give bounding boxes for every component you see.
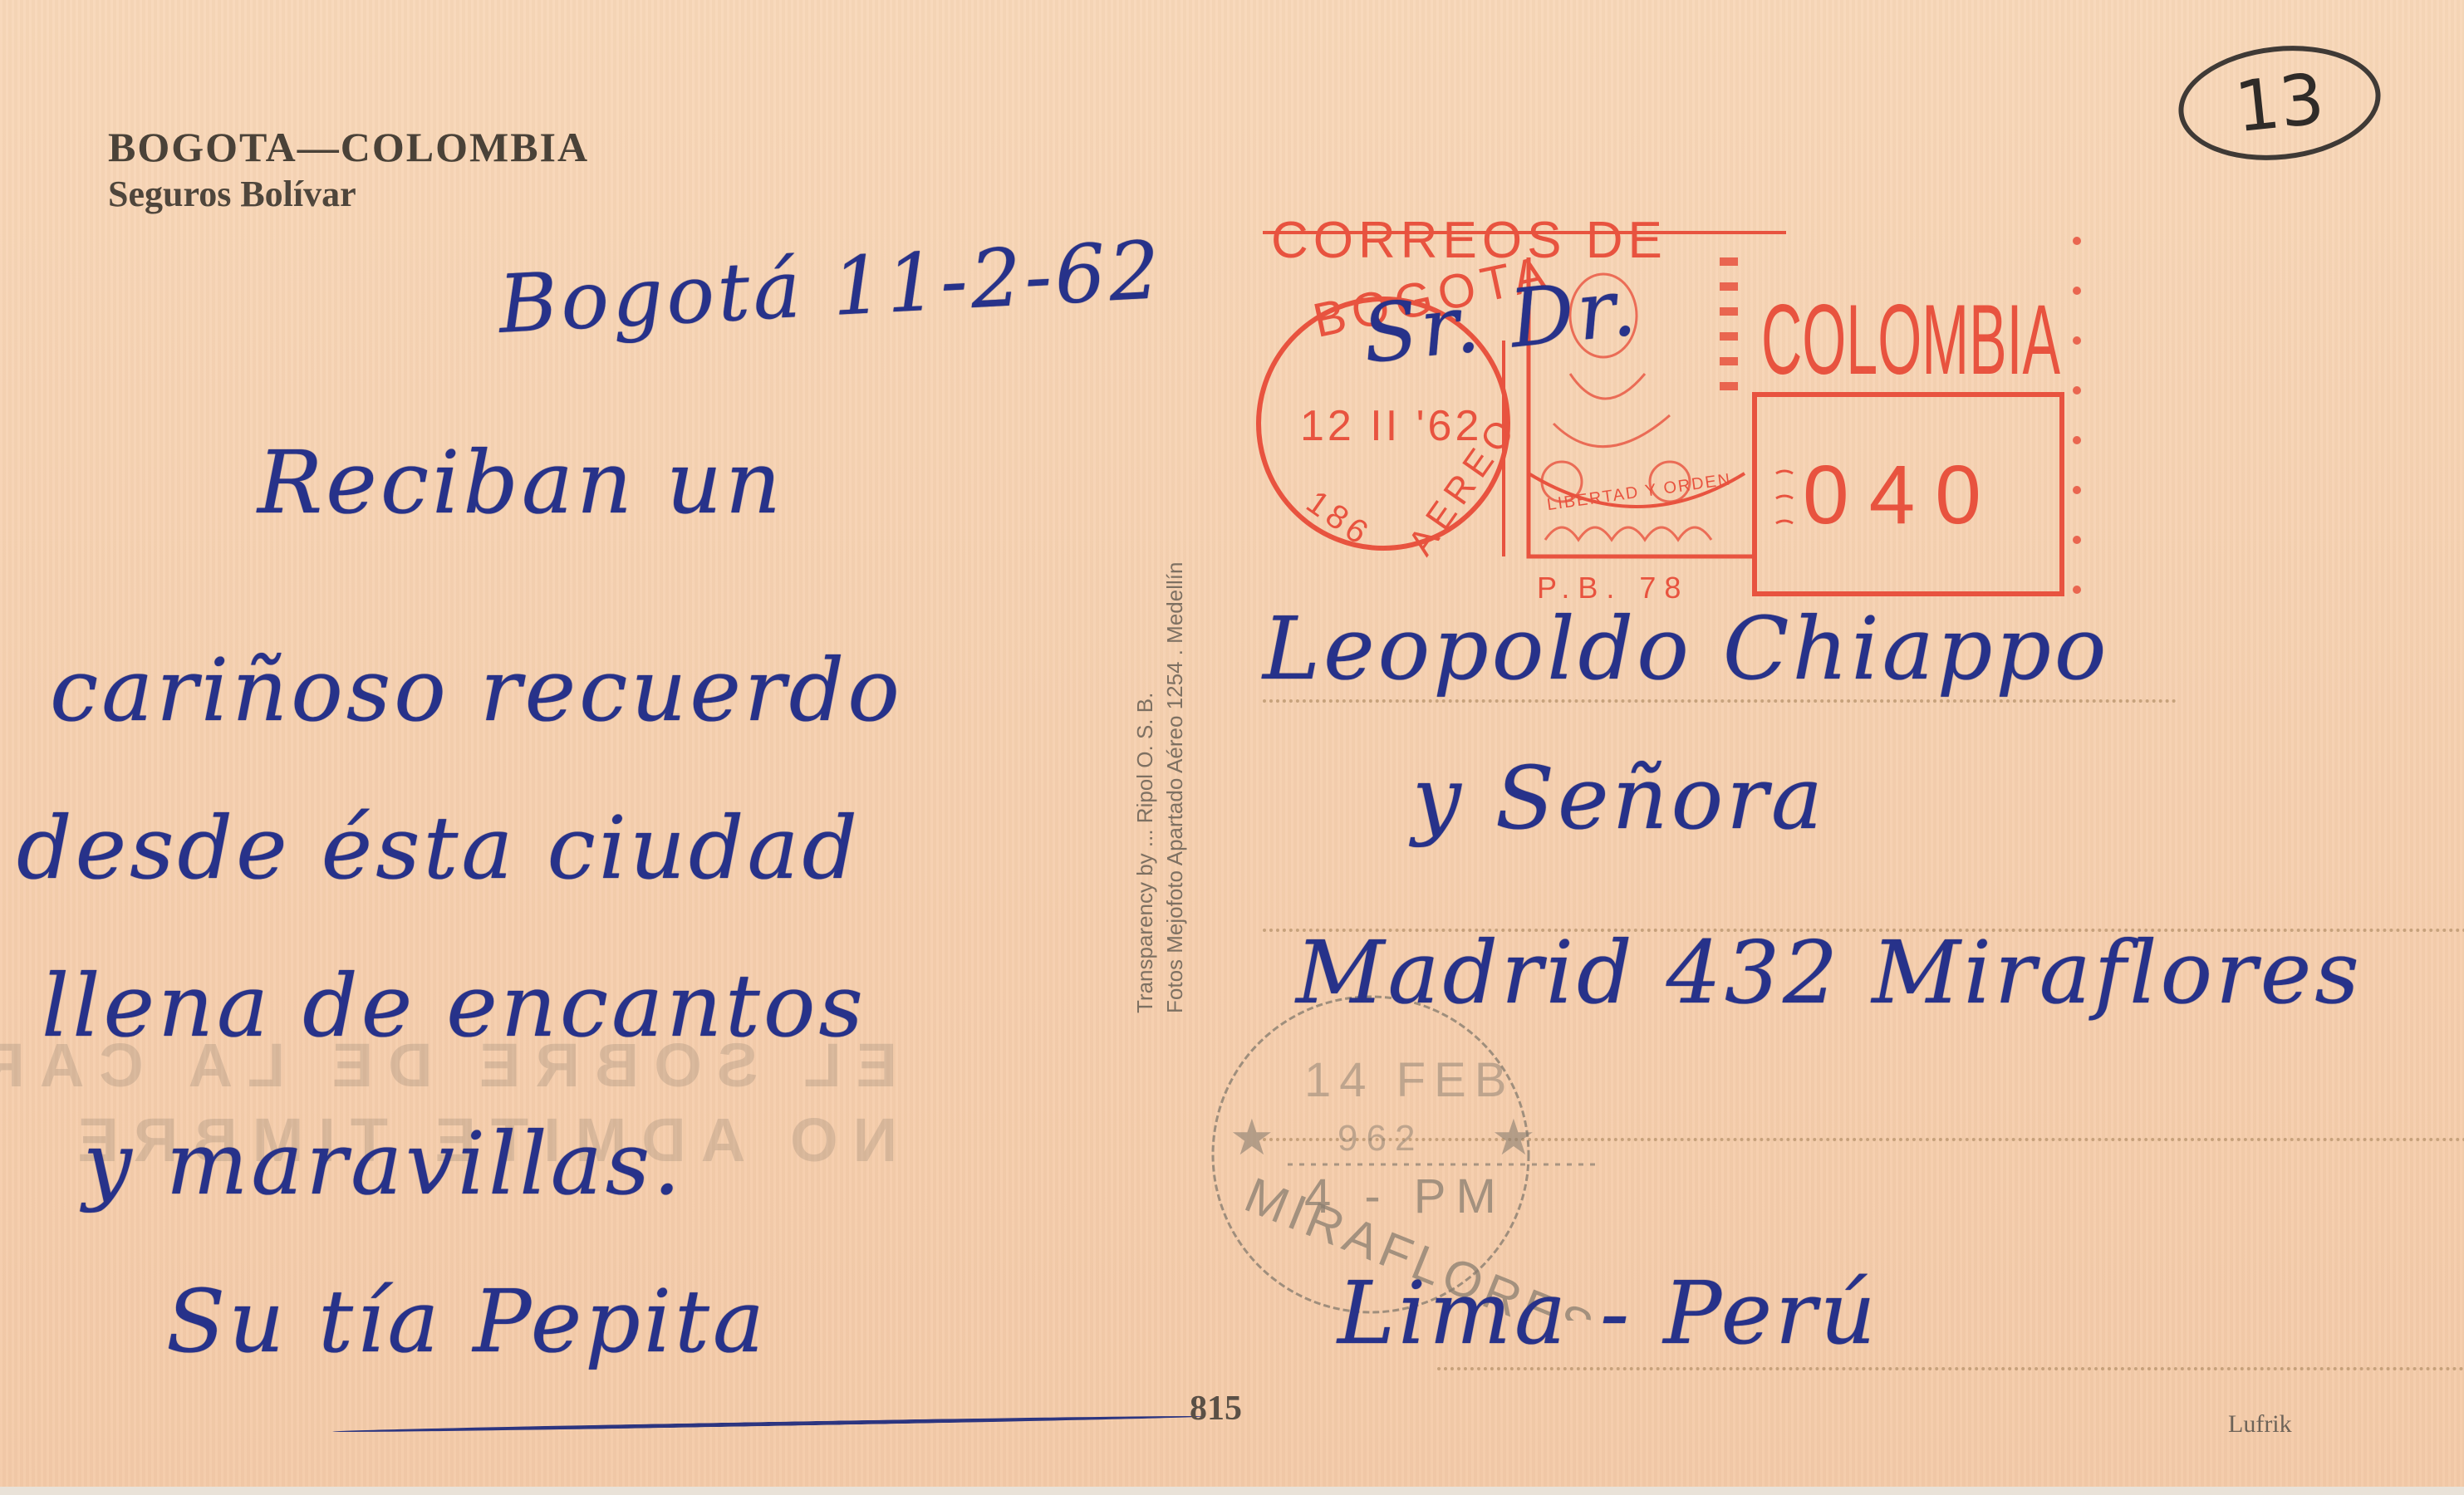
address-line [1437, 1367, 2464, 1370]
star-icon: ★ [1491, 1110, 1536, 1165]
card-number: 815 [1190, 1389, 1242, 1429]
message-line: desde ésta ciudad [17, 797, 861, 899]
publisher-line: Fotos Mejofoto Apartado Aéreo 1254 . Med… [1160, 465, 1190, 1013]
address-line-name: Leopoldo Chiappo [1263, 598, 2110, 699]
meter-stamp-graphic: CORREOS DE COLOMBIA BOGOTA 12 II '62 AER… [1254, 208, 2168, 606]
postmark-year: 962 [1338, 1118, 1423, 1159]
meter-stamp: CORREOS DE COLOMBIA BOGOTA 12 II '62 AER… [1254, 208, 2168, 606]
printed-location-title: BOGOTA—COLOMBIA [108, 123, 589, 171]
signature-underline [332, 1414, 1205, 1434]
catalog-number-circled: 13 [2173, 37, 2387, 170]
postmark-date: 14 FEB [1304, 1053, 1514, 1107]
catalog-number: 13 [2231, 58, 2329, 149]
meter-date: 12 II '62 [1300, 402, 1482, 450]
postcard-back: BOGOTA—COLOMBIA Seguros Bolívar 13 EL SO… [0, 0, 2464, 1495]
card-edge [0, 1487, 2464, 1495]
address-line-spouse: y Señora [1412, 747, 1826, 849]
printer-mark: Lufrik [2228, 1410, 2292, 1439]
message-line: y maravillas. [83, 1113, 684, 1214]
meter-value: 040 [1803, 448, 2001, 542]
printed-subtitle: Seguros Bolívar [108, 173, 356, 215]
star-icon: ★ [1230, 1110, 1274, 1165]
message-line: llena de encantos [42, 955, 866, 1056]
message-signature: Su tía Pepita [166, 1271, 768, 1372]
address-line-city: Lima - Perú [1338, 1262, 1879, 1364]
message-line: cariñoso recuerdo [50, 640, 903, 741]
publisher-credit: Transparency by ... Ripol O. S. B. Fotos… [1130, 465, 1190, 1013]
meter-number: 186 [1300, 483, 1379, 554]
publisher-line: Transparency by ... Ripol O. S. B. [1130, 465, 1160, 1013]
message-line: Reciban un [258, 432, 784, 533]
address-line-street: Madrid 432 Miraflores [1296, 922, 2363, 1023]
meter-country: COLOMBIA [1761, 284, 2060, 395]
address-line [1263, 699, 2177, 703]
message-date: Bogotá 11-2-62 [497, 223, 1166, 351]
